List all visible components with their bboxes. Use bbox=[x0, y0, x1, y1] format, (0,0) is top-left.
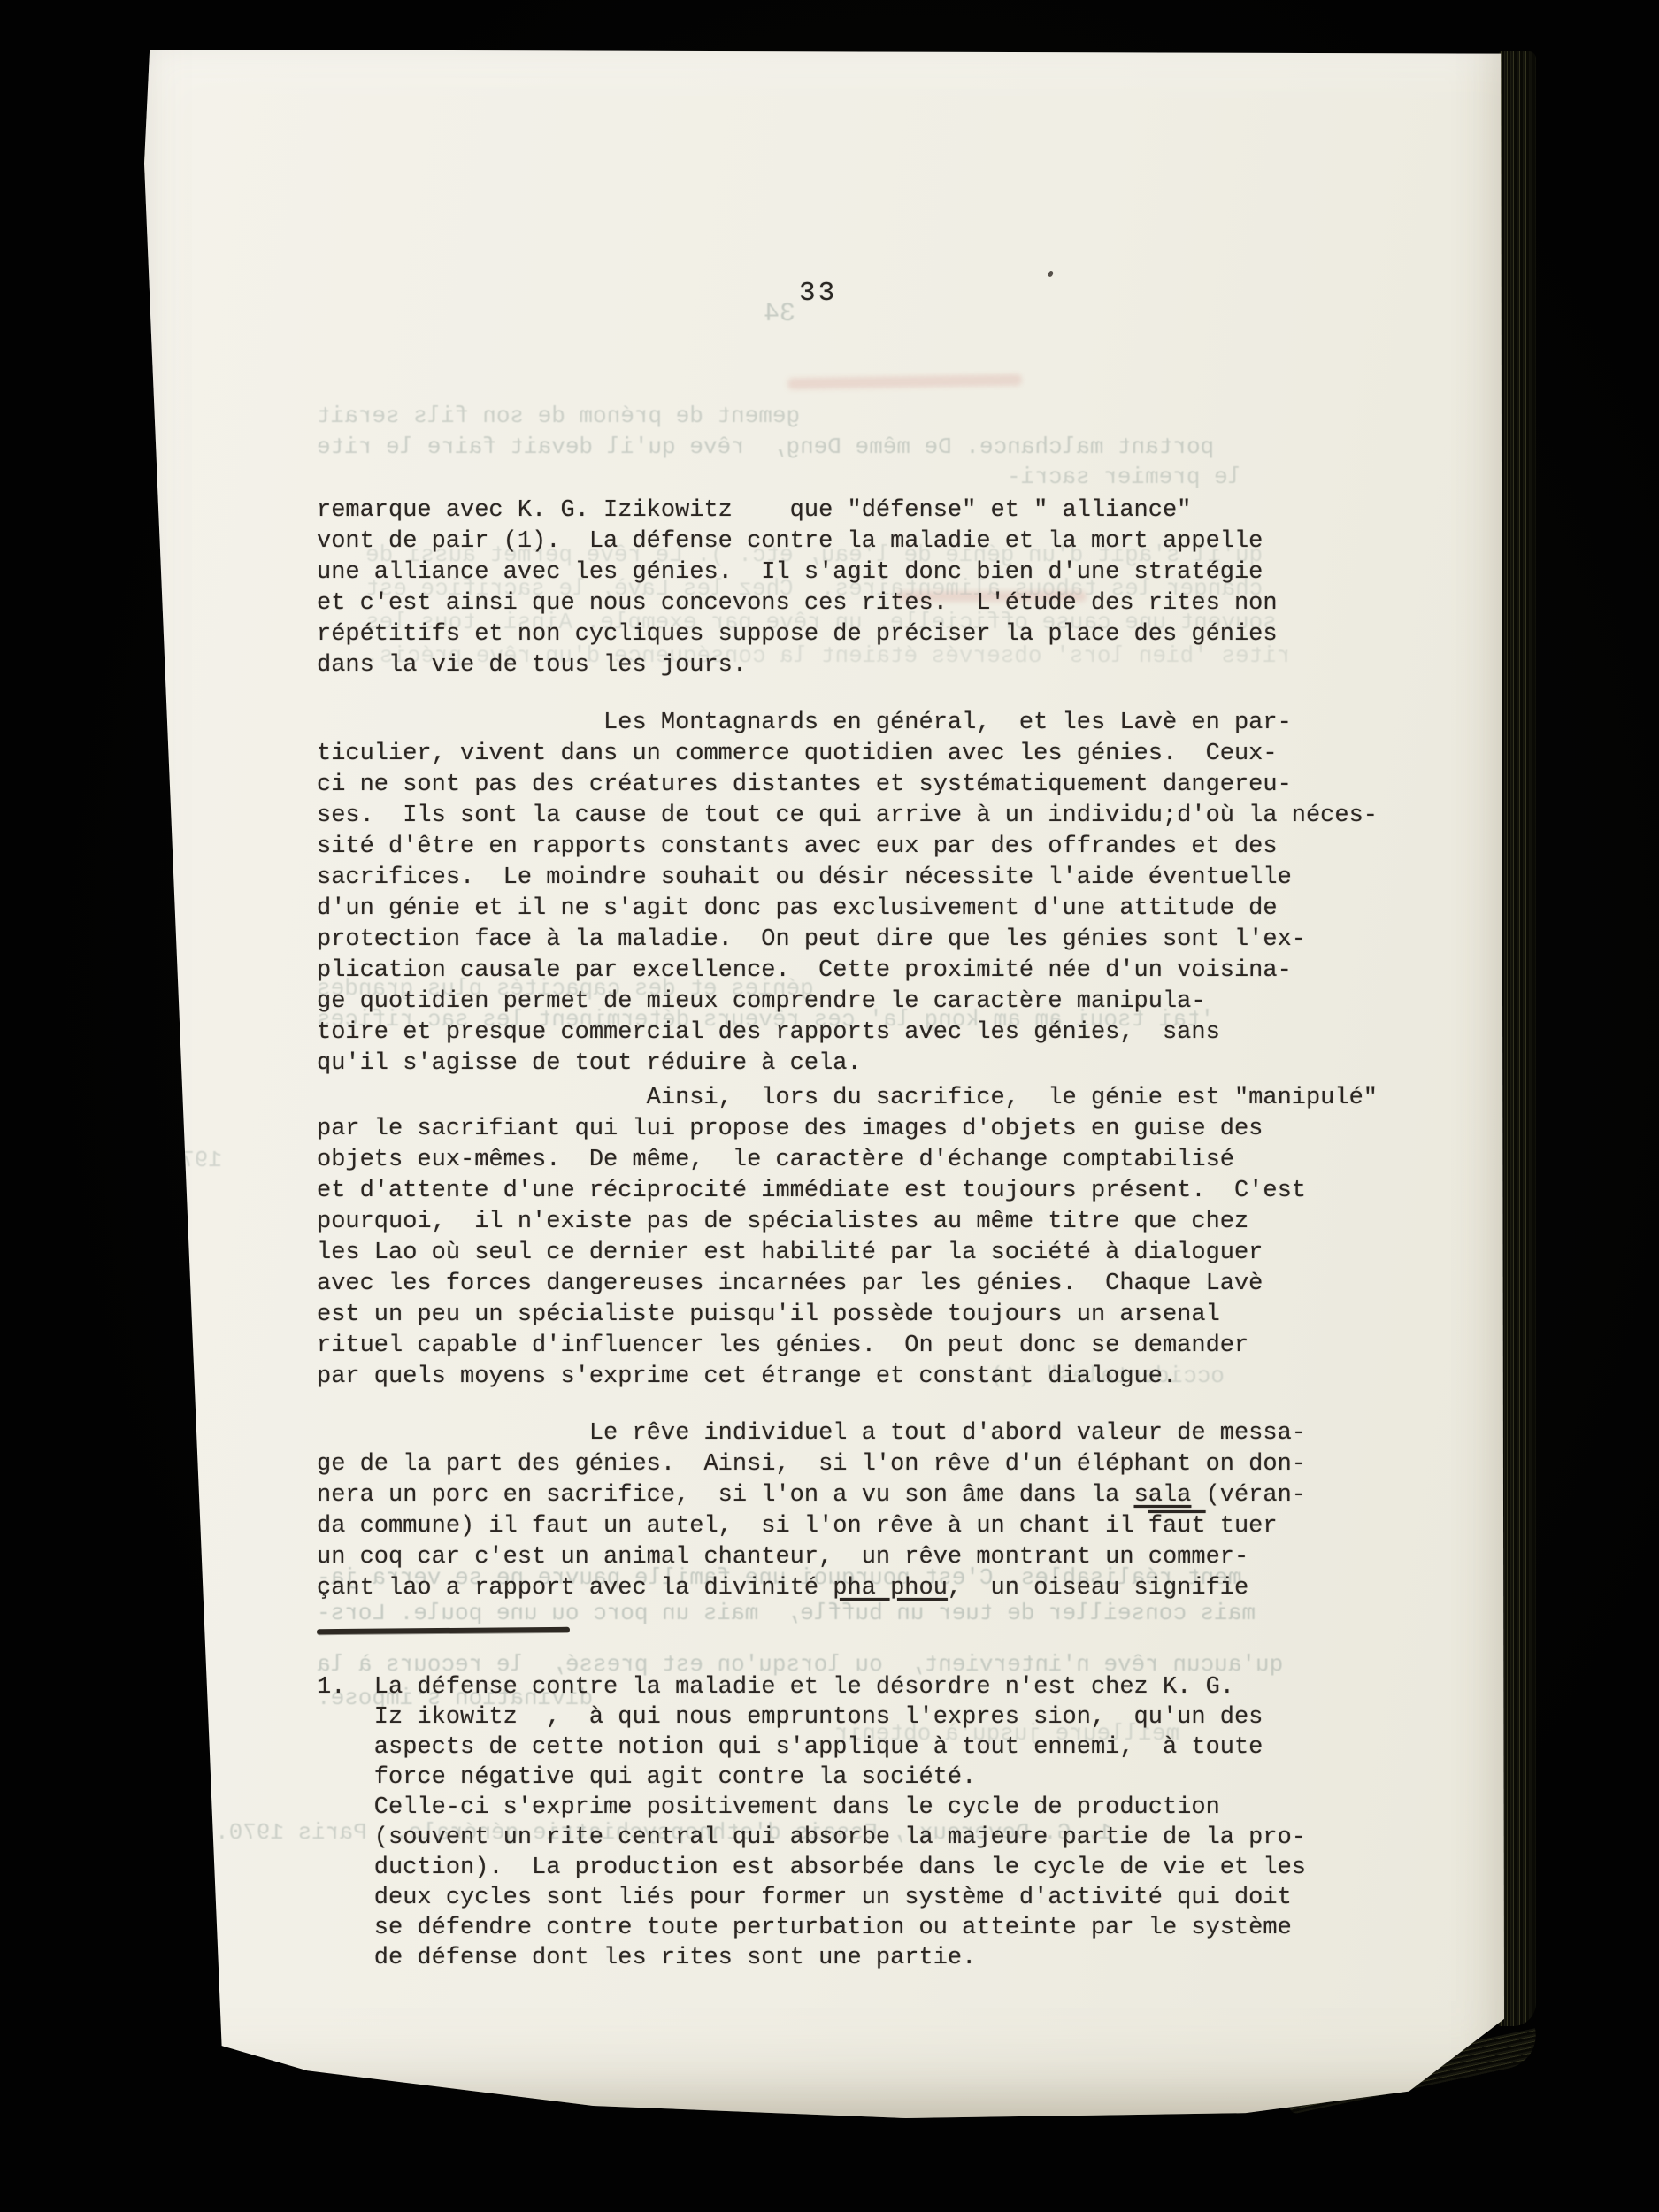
text-line: Les Montagnards en général, et les Lavè … bbox=[317, 708, 1378, 739]
text-line: dans la vie de tous les jours. bbox=[317, 650, 1278, 681]
bleed-through-text: gement de prénom de son fils serait bbox=[317, 403, 800, 429]
text-line: protection face à la maladie. On peut di… bbox=[317, 925, 1378, 956]
text-line: Le rêve individuel a tout d'abord valeur… bbox=[317, 1418, 1306, 1449]
text-line: une alliance avec les génies. Il s'agit … bbox=[317, 557, 1278, 588]
text-line: et c'est ainsi que nous concevons ces ri… bbox=[317, 588, 1278, 619]
text-line: sacrifices. Le moindre souhait ou désir … bbox=[317, 863, 1378, 894]
text-line: Ainsi, lors du sacrifice, le génie est "… bbox=[317, 1083, 1378, 1114]
text-line: objets eux-mêmes. De même, le caractère … bbox=[317, 1145, 1378, 1176]
text-line: duction). La production est absorbée dan… bbox=[317, 1853, 1306, 1883]
text-line: deux cycles sont liés pour former un sys… bbox=[317, 1883, 1306, 1913]
text-line: nera un porc en sacrifice, si l'on a vu … bbox=[317, 1480, 1306, 1511]
footnote-block: 1. La défense contre la maladie et le dé… bbox=[317, 1672, 1306, 1973]
text-line: avec les forces dangereuses incarnées pa… bbox=[317, 1269, 1378, 1300]
text-line: 1. La défense contre la maladie et le dé… bbox=[317, 1672, 1306, 1702]
text-line: les Lao où seul ce dernier est habilité … bbox=[317, 1238, 1378, 1269]
text-line: Celle-ci s'exprime positivement dans le … bbox=[317, 1793, 1306, 1823]
overstruck-term: faut bbox=[1148, 1513, 1206, 1540]
text-line: et d'attente d'une réciprocité immédiate… bbox=[317, 1176, 1378, 1207]
text-line: çant lao a rapport avec la divinité pha … bbox=[317, 1573, 1306, 1604]
text-line: de défense dont les rites sont une parti… bbox=[317, 1943, 1306, 1973]
bleed-through-text: portant malchance. De même Deng, rêve qu… bbox=[317, 434, 1214, 460]
ink-speck-icon bbox=[1048, 270, 1054, 277]
paragraph-2: Les Montagnards en général, et les Lavè … bbox=[317, 708, 1378, 1079]
bleed-through-text: 1970. bbox=[153, 1147, 222, 1173]
text-line: se défendre contre toute perturbation ou… bbox=[317, 1913, 1306, 1943]
text-line: ge quotidien permet de mieux comprendre … bbox=[317, 987, 1378, 1018]
text-segment: nera un porc en sacrifice, si l'on a vu … bbox=[317, 1482, 1134, 1509]
text-line: ci ne sont pas des créatures distantes e… bbox=[317, 770, 1378, 801]
text-line: (souvent un rite central qui absorbe la … bbox=[317, 1823, 1306, 1853]
text-line: vont de pair (1). La défense contre la m… bbox=[317, 526, 1278, 557]
underlined-term: sala bbox=[1134, 1482, 1192, 1509]
text-line: plication causale par excellence. Cette … bbox=[317, 956, 1378, 987]
book-page-edges-icon bbox=[1499, 51, 1536, 2026]
text-line: ses. Ils sont la cause de tout ce qui ar… bbox=[317, 801, 1378, 832]
text-line: sité d'être en rapports constants avec e… bbox=[317, 832, 1378, 863]
text-segment: tuer bbox=[1206, 1513, 1278, 1540]
text-line: ge de la part des génies. Ainsi, si l'on… bbox=[317, 1449, 1306, 1480]
page-number: 33 bbox=[799, 278, 837, 309]
bleed-through-text: 34 bbox=[764, 299, 795, 329]
text-line: répétitifs et non cycliques suppose de p… bbox=[317, 619, 1278, 650]
text-line: pourquoi, il n'existe pas de spécialiste… bbox=[317, 1207, 1378, 1238]
text-segment: , un oiseau signifie bbox=[948, 1575, 1248, 1601]
text-line: da commune) il faut un autel, si l'on rê… bbox=[317, 1511, 1306, 1542]
text-line: par le sacrifiant qui lui propose des im… bbox=[317, 1114, 1378, 1145]
paragraph-1: remarque avec K. G. Izikowitz que "défen… bbox=[317, 495, 1278, 681]
paragraph-4: Le rêve individuel a tout d'abord valeur… bbox=[317, 1418, 1306, 1604]
text-segment: da commune) il faut un autel, si l'on rê… bbox=[317, 1513, 1148, 1540]
footnote-separator-rule bbox=[317, 1627, 570, 1634]
text-line: force négative qui agit contre la sociét… bbox=[317, 1763, 1306, 1793]
text-line: un coq car c'est un animal chanteur, un … bbox=[317, 1542, 1306, 1573]
text-line: ticulier, vivent dans un commerce quotid… bbox=[317, 739, 1378, 770]
text-line: est un peu un spécialiste puisqu'il poss… bbox=[317, 1300, 1378, 1331]
paragraph-3: Ainsi, lors du sacrifice, le génie est "… bbox=[317, 1083, 1378, 1393]
book-page: 33 34gement de prénom de son fils serait… bbox=[144, 50, 1504, 2118]
text-line: qu'il s'agisse de tout réduire à cela. bbox=[317, 1048, 1378, 1079]
text-line: aspects de cette notion qui s'applique à… bbox=[317, 1732, 1306, 1763]
text-line: Iz ikowitz , à qui nous empruntons l'exp… bbox=[317, 1702, 1306, 1732]
text-line: toire et presque commercial des rapports… bbox=[317, 1018, 1378, 1048]
underlined-term: pha phou bbox=[833, 1575, 948, 1601]
bleed-through-text: le premier sacri- bbox=[1007, 464, 1241, 490]
text-line: d'un génie et il ne s'agit donc pas excl… bbox=[317, 894, 1378, 925]
book-scan-background: 33 34gement de prénom de son fils serait… bbox=[0, 0, 1659, 2212]
text-segment: (véran- bbox=[1191, 1482, 1306, 1509]
text-line: rituel capable d'influencer les génies. … bbox=[317, 1331, 1378, 1362]
text-line: par quels moyens s'exprime cet étrange e… bbox=[317, 1362, 1378, 1393]
text-segment: çant lao a rapport avec la divinité bbox=[317, 1575, 833, 1601]
red-bleed-mark bbox=[787, 374, 1022, 390]
text-line: remarque avec K. G. Izikowitz que "défen… bbox=[317, 495, 1278, 526]
